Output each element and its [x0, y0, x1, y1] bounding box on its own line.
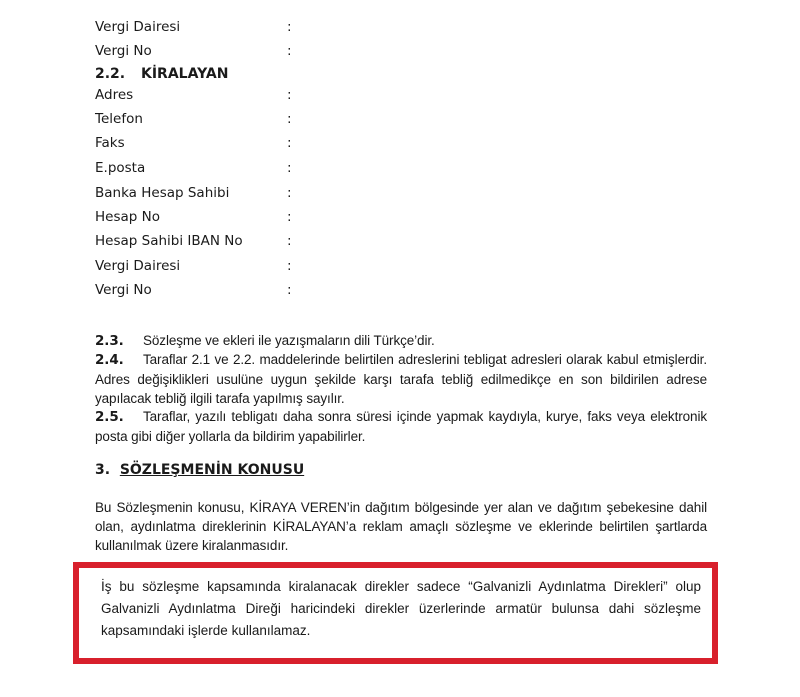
highlighted-clause-box: İş bu sözleşme kapsamında kiralanacak di…: [73, 562, 718, 664]
field-label: Hesap No: [95, 207, 160, 227]
field-label: Vergi No: [95, 280, 152, 300]
clause-2-4: 2.4.Taraflar 2.1 ve 2.2. maddelerinde be…: [95, 350, 707, 408]
field-label: Faks: [95, 133, 125, 153]
clause-text: Sözleşme ve ekleri ile yazışmaların dili…: [143, 333, 435, 348]
section-title: SÖZLEŞMENİN KONUSU: [120, 462, 304, 478]
field-colon: :: [287, 133, 292, 153]
field-label: Banka Hesap Sahibi: [95, 183, 229, 203]
clause-2-3: 2.3.Sözleşme ve ekleri ile yazışmaların …: [95, 331, 707, 351]
clause-number: 2.4.: [95, 351, 143, 370]
field-label: Telefon: [95, 109, 143, 129]
field-colon: :: [287, 109, 292, 129]
field-label: Vergi Dairesi: [95, 256, 180, 276]
field-label: Adres: [95, 85, 133, 105]
field-colon: :: [287, 17, 292, 37]
section-title: KİRALAYAN: [141, 66, 228, 82]
field-colon: :: [287, 85, 292, 105]
field-colon: :: [287, 280, 292, 300]
section-heading-kiralayan: 2.2.KİRALAYAN: [95, 66, 228, 82]
section-number: 3.: [95, 462, 110, 478]
section-3-paragraph: Bu Sözleşmenin konusu, KİRAYA VEREN’in d…: [95, 498, 707, 555]
clause-text: Taraflar 2.1 ve 2.2. maddelerinde belirt…: [95, 352, 707, 406]
field-colon: :: [287, 231, 292, 251]
highlighted-clause-text: İş bu sözleşme kapsamında kiralanacak di…: [101, 576, 701, 642]
clause-number: 2.5.: [95, 408, 143, 427]
section-3-heading: 3. SÖZLEŞMENİN KONUSU: [95, 462, 304, 478]
field-label: Hesap Sahibi IBAN No: [95, 231, 243, 251]
field-label: E.posta: [95, 158, 145, 178]
field-colon: :: [287, 256, 292, 276]
clause-text: Taraflar, yazılı tebligatı daha sonra sü…: [95, 409, 707, 444]
field-colon: :: [287, 207, 292, 227]
clause-2-5: 2.5.Taraflar, yazılı tebligatı daha sonr…: [95, 407, 707, 446]
field-label: Vergi Dairesi: [95, 17, 180, 37]
section-number: 2.2.: [95, 66, 141, 82]
clause-number: 2.3.: [95, 332, 143, 351]
field-colon: :: [287, 158, 292, 178]
field-label: Vergi No: [95, 41, 152, 61]
field-colon: :: [287, 41, 292, 61]
field-colon: :: [287, 183, 292, 203]
